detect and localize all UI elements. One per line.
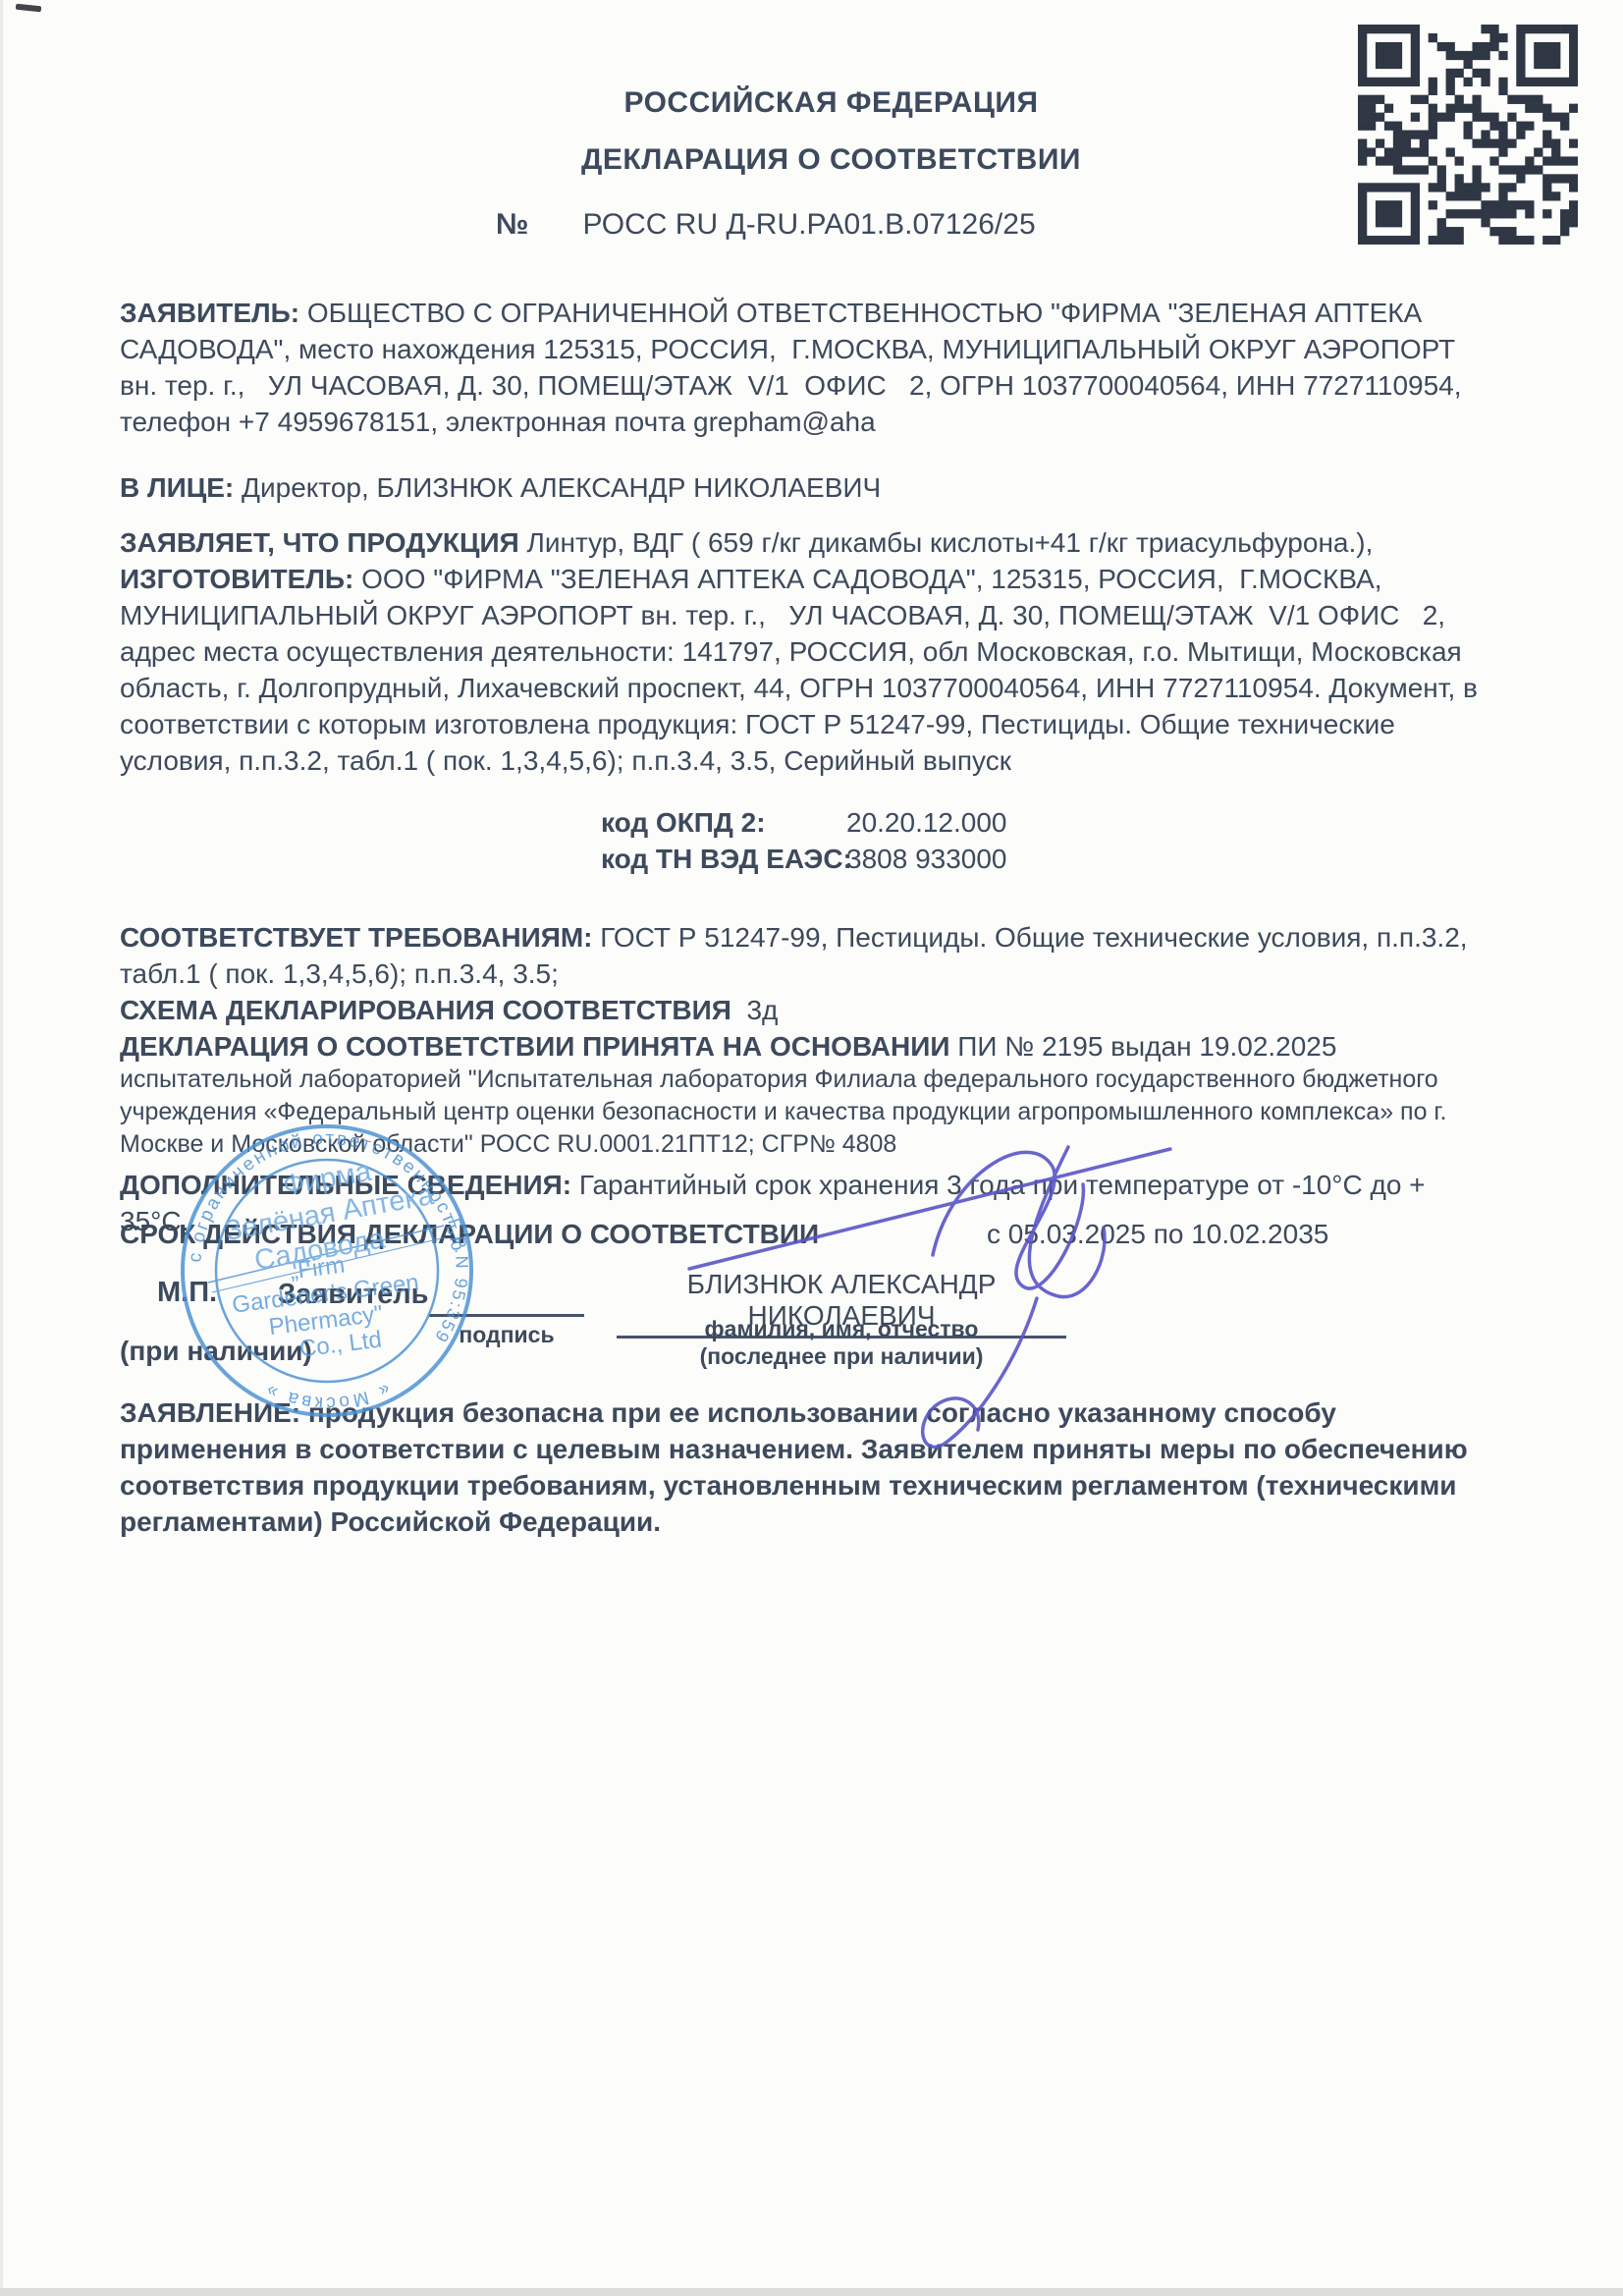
header-country: РОССИЙСКАЯ ФЕДЕРАЦИЯ bbox=[0, 86, 1623, 120]
page-title: ДЕКЛАРАЦИЯ О СООТВЕТСТВИИ bbox=[0, 143, 1623, 177]
complies-label: СООТВЕТСТВУЕТ ТРЕБОВАНИЯМ: bbox=[120, 922, 592, 953]
represented-by-line: В ЛИЦЕ: Директор, БЛИЗНЮК АЛЕКСАНДР НИКО… bbox=[120, 469, 1494, 506]
qr-code-icon bbox=[1358, 25, 1578, 245]
applicant-label: ЗАЯВИТЕЛЬ: bbox=[120, 298, 299, 328]
basis-line: ДЕКЛАРАЦИЯ О СООТВЕТСТВИИ ПРИНЯТА НА ОСН… bbox=[120, 1028, 1494, 1065]
manufacturer-paragraph: ИЗГОТОВИТЕЛЬ: ООО "ФИРМА "ЗЕЛЕНАЯ АПТЕКА… bbox=[120, 561, 1494, 779]
complies-paragraph: СООТВЕТСТВУЕТ ТРЕБОВАНИЯМ: ГОСТ Р 51247-… bbox=[120, 919, 1494, 992]
scan-edge-artifact bbox=[0, 2288, 1623, 2296]
tnved-code-label: код ТН ВЭД ЕАЭС: bbox=[601, 844, 852, 875]
tnved-code-value: 3808 933000 bbox=[846, 844, 1007, 875]
number-value: РОСС RU Д-RU.РА01.В.07126/25 bbox=[582, 208, 1035, 241]
applicant-paragraph: ЗАЯВИТЕЛЬ: ОБЩЕСТВО С ОГРАНИЧЕННОЙ ОТВЕТ… bbox=[120, 295, 1494, 440]
scheme-label: СХЕМА ДЕКЛАРИРОВАНИЯ СООТВЕТСТВИЯ bbox=[120, 995, 731, 1025]
document-page: РОССИЙСКАЯ ФЕДЕРАЦИЯ ДЕКЛАРАЦИЯ О СООТВЕ… bbox=[0, 0, 1623, 2296]
applicant-text: ОБЩЕСТВО С ОГРАНИЧЕННОЙ ОТВЕТСТВЕННОСТЬЮ… bbox=[120, 298, 1469, 437]
manufacturer-text: ООО "ФИРМА "ЗЕЛЕНАЯ АПТЕКА САДОВОДА", 12… bbox=[120, 564, 1486, 776]
okpd-code-value: 20.20.12.000 bbox=[846, 807, 1007, 839]
product-label: ЗАЯВЛЯЕТ, ЧТО ПРОДУКЦИЯ bbox=[120, 527, 519, 558]
signature-ink bbox=[689, 1147, 1170, 1447]
product-text: Линтур, ВДГ ( 659 г/кг дикамбы кислоты+4… bbox=[526, 527, 1373, 558]
scan-speck-artifact bbox=[16, 4, 41, 13]
scheme-value: 3д bbox=[746, 995, 778, 1025]
company-stamp: с ограниченной ответственностью F.P.N 95… bbox=[183, 1126, 472, 1415]
stamp-and-signature-overlay: с ограниченной ответственностью F.P.N 95… bbox=[147, 1090, 1276, 1512]
scheme-line: СХЕМА ДЕКЛАРИРОВАНИЯ СООТВЕТСТВИЯ 3д bbox=[120, 992, 1494, 1028]
number-label: № bbox=[496, 208, 528, 241]
scan-edge-artifact bbox=[0, 0, 3, 2296]
represented-by-label: В ЛИЦЕ: bbox=[120, 472, 234, 503]
product-line: ЗАЯВЛЯЕТ, ЧТО ПРОДУКЦИЯ Линтур, ВДГ ( 65… bbox=[120, 524, 1494, 561]
basis-label: ДЕКЛАРАЦИЯ О СООТВЕТСТВИИ ПРИНЯТА НА ОСН… bbox=[120, 1031, 949, 1062]
represented-by-text: Директор, БЛИЗНЮК АЛЕКСАНДР НИКОЛАЕВИЧ bbox=[242, 472, 881, 503]
declaration-number: №РОСС RU Д-RU.РА01.В.07126/25 bbox=[496, 208, 1036, 242]
basis-value: ПИ № 2195 выдан 19.02.2025 bbox=[957, 1031, 1336, 1062]
manufacturer-label: ИЗГОТОВИТЕЛЬ: bbox=[120, 564, 353, 594]
okpd-code-label: код ОКПД 2: bbox=[601, 807, 766, 839]
